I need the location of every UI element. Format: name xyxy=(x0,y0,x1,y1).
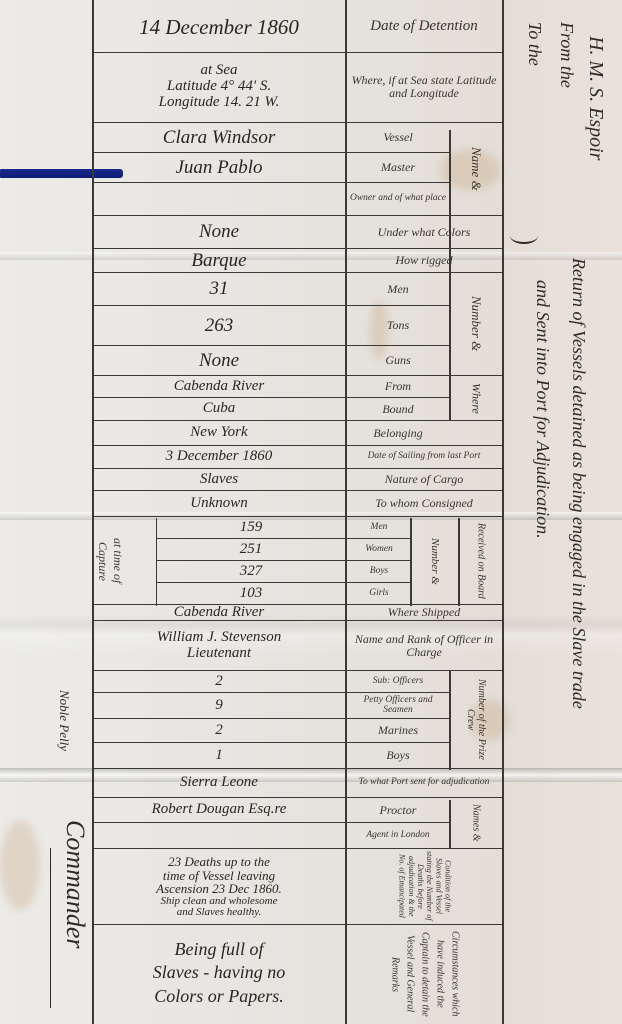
return-subtitle: and Sent into Port for Adjudication. xyxy=(532,280,553,539)
circumstances-label: Circumstances which have induced the Cap… xyxy=(350,926,500,1022)
colors-label: Under what Colors xyxy=(348,216,500,248)
signature-underline xyxy=(50,848,51,1008)
signature-title: Commander xyxy=(60,820,90,949)
row-line xyxy=(92,924,502,925)
agent-value xyxy=(96,823,342,848)
slaves-boys-value: 327 xyxy=(158,561,344,582)
return-title: Return of Vessels detained as being enga… xyxy=(568,258,589,709)
sub-officers-value: 2 xyxy=(96,671,342,692)
owner-value xyxy=(96,183,342,215)
tons-value: 263 xyxy=(96,306,342,345)
signature-name: Noble Pelly xyxy=(56,690,72,751)
petty-officers-label: Petty Officers and Seamen xyxy=(348,693,448,718)
condition-line: time of Vessel leaving xyxy=(163,869,275,883)
master-label: Master xyxy=(348,153,448,182)
cargo-value: Slaves xyxy=(96,469,342,490)
date-of-detention-label: Date of Detention xyxy=(348,4,500,50)
men-label: Men xyxy=(348,273,448,305)
condition-value: 23 Deaths up to the time of Vessel leavi… xyxy=(96,850,342,924)
name-group-label: Name & xyxy=(451,124,501,214)
prize-crew-label: Number of the Prize Crew xyxy=(451,672,501,767)
bound-label: Bound xyxy=(348,398,448,420)
belonging-label: Belonging xyxy=(348,421,448,445)
brace xyxy=(510,228,538,244)
to-the-heading: To the xyxy=(524,22,545,66)
officer-value: William J. Stevenson Lieutenant xyxy=(96,621,342,670)
from-label: From xyxy=(348,376,448,397)
row-line xyxy=(92,848,502,849)
rig-value: Barque xyxy=(96,249,342,272)
remarks-line: Being full of xyxy=(175,938,264,961)
slaves-boys-label: Boys xyxy=(348,561,410,582)
sailing-date-label: Date of Sailing from last Port xyxy=(348,446,500,468)
tons-label: Tons xyxy=(348,306,448,345)
capture-label: at time of Capture xyxy=(98,520,122,602)
condition-line: and Slaves healthy. xyxy=(177,907,262,919)
master-name-value: Juan Pablo xyxy=(96,153,342,182)
position-label: Where, if at Sea state Latitude and Long… xyxy=(348,54,500,120)
sub-officers-label: Sub: Officers xyxy=(348,671,448,692)
ship-name-heading: H. M. S. Espoir xyxy=(584,36,607,160)
position-line: at Sea xyxy=(200,63,237,79)
names-group-label: Names & xyxy=(451,799,501,847)
column-divider xyxy=(345,0,347,1024)
officer-rank: Lieutenant xyxy=(187,646,251,662)
rig-label: How rigged xyxy=(348,249,500,272)
longitude-line: Longitude 14. 21 W. xyxy=(159,95,280,111)
condition-label: Condition of the Slaves and Vessel stati… xyxy=(350,850,500,922)
table-border xyxy=(92,0,94,1024)
slaves-men-value: 159 xyxy=(158,517,344,538)
crew-boys-label: Boys xyxy=(348,743,448,768)
officer-label: Name and Rank of Officer in Charge xyxy=(348,621,500,670)
crew-boys-value: 1 xyxy=(96,743,342,768)
officer-name: William J. Stevenson xyxy=(157,630,282,646)
return-table: 14 December 1860 at Sea Latitude 4° 44' … xyxy=(92,0,504,1024)
latitude-line: Latitude 4° 44' S. xyxy=(167,79,271,95)
received-on-board-label: Received on Board xyxy=(460,518,502,604)
number-group-label: Number & xyxy=(451,274,501,374)
slaves-girls-value: 103 xyxy=(158,583,344,604)
agent-label: Agent in London xyxy=(348,823,448,848)
stain xyxy=(0,820,40,910)
where-group-label: Where xyxy=(451,376,501,420)
marines-value: 2 xyxy=(96,719,342,742)
marines-label: Marines xyxy=(348,719,448,742)
remarks-line: Colors or Papers. xyxy=(154,985,284,1008)
adjudication-port-value: Sierra Leone xyxy=(96,769,342,797)
sailing-date-value: 3 December 1860 xyxy=(96,446,342,468)
from-the-heading: From the xyxy=(556,22,577,88)
remarks-line: Slaves - having no xyxy=(153,961,285,984)
colors-value: None xyxy=(96,216,342,248)
slaves-girls-label: Girls xyxy=(348,583,410,604)
slaves-women-label: Women xyxy=(348,539,410,560)
bound-value: Cuba xyxy=(96,398,342,420)
brace-divider xyxy=(156,518,157,606)
condition-line: Ascension 23 Dec 1860. xyxy=(156,882,282,896)
vessel-name-value: Clara Windsor xyxy=(96,123,342,152)
row-line xyxy=(92,52,502,53)
where-shipped-value: Cabenda River xyxy=(96,605,342,620)
condition-line: 23 Deaths up to the xyxy=(168,855,270,869)
consignee-label: To whom Consigned xyxy=(348,491,500,516)
petty-officers-value: 9 xyxy=(96,693,342,718)
belonging-value: New York xyxy=(96,421,342,445)
slaves-number-label: Number & xyxy=(412,518,458,604)
cargo-label: Nature of Cargo xyxy=(348,469,500,490)
slaves-women-value: 251 xyxy=(158,539,344,560)
position-value: at Sea Latitude 4° 44' S. Longitude 14. … xyxy=(96,54,342,120)
adjudication-port-label: To what Port sent for adjudication xyxy=(348,769,500,797)
proctor-value: Robert Dougan Esq.re xyxy=(96,798,342,822)
men-count-value: 31 xyxy=(96,273,342,305)
consignee-value: Unknown xyxy=(96,491,342,516)
table-border xyxy=(502,0,504,1024)
remarks-value: Being full of Slaves - having no Colors … xyxy=(96,926,342,1020)
vessel-label: Vessel xyxy=(348,123,448,152)
date-of-detention-value: 14 December 1860 xyxy=(96,4,342,50)
guns-label: Guns xyxy=(348,346,448,375)
proctor-label: Proctor xyxy=(348,798,448,822)
guns-value: None xyxy=(96,346,342,375)
slaves-men-label: Men xyxy=(348,517,410,538)
from-value: Cabenda River xyxy=(96,376,342,397)
owner-label: Owner and of what place xyxy=(348,183,448,215)
where-shipped-label: Where Shipped xyxy=(348,605,500,620)
